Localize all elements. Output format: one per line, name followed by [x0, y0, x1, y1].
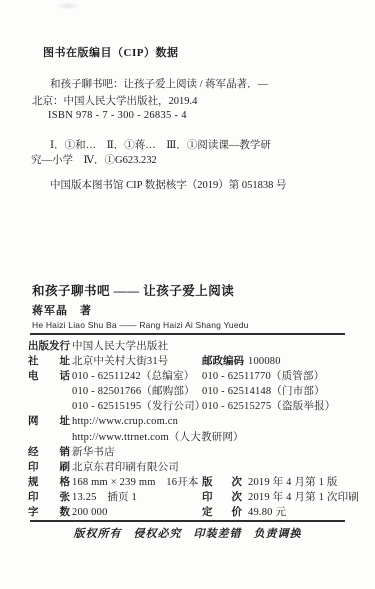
pub-label: 电话: [28, 369, 70, 384]
pub-value: 010 - 62515275（盗版举报）: [202, 401, 336, 412]
pub-row-wordcount: 字数200 000 定价49.80 元: [28, 505, 348, 520]
pub-value: 中国人民大学出版社: [72, 341, 168, 352]
pub-value: 200 000: [72, 507, 108, 518]
publication-info-table: 出版发行中国人民大学出版社 社址北京中关村大街31号 邮政编码100080 电话…: [28, 339, 348, 520]
divider-rule-bottom: [30, 520, 345, 522]
cip-record-number: 中国版本图书馆 CIP 数据核字（2019）第 051838 号: [50, 177, 286, 192]
pub-right-cell: 版次2019 年 4 月第 1 版: [202, 475, 338, 490]
pub-value: http://www.ttrnet.com（人大教研网）: [72, 432, 244, 443]
book-title-pinyin: He Haizi Liao Shu Ba —— Rang Haizi Ai Sh…: [32, 320, 249, 330]
pub-row-phone-2: 010 - 82501766（邮购部） 010 - 62514148（门市部）: [28, 384, 348, 399]
pub-value: http://www.crup.com.cn: [72, 416, 178, 427]
pub-value: 100080: [248, 356, 281, 367]
pub-value: 新华书店: [72, 447, 115, 458]
cip-entry-line2: 北京：中国人民大学出版社，2019.4: [32, 93, 197, 108]
pub-label: 字数: [28, 505, 70, 520]
pub-value: 010 - 62511242（总编室）: [72, 371, 194, 382]
cip-entry-line1: 和孩子聊书吧：让孩子爱上阅读 / 蒋军晶著．—: [50, 76, 268, 91]
pub-value: 2019 年 4 月第 1 版: [248, 477, 338, 488]
pub-label: 出版发行: [28, 339, 70, 354]
pub-label: 经销: [28, 445, 70, 460]
pub-value: 北京东君印刷有限公司: [72, 462, 179, 473]
pub-right-cell: 010 - 62515275（盗版举报）: [202, 399, 336, 414]
isbn-number: ISBN 978 - 7 - 300 - 26835 - 4: [48, 110, 187, 121]
pub-label: 网址: [28, 414, 70, 429]
pub-label: 规格: [28, 475, 70, 490]
pub-row-format: 规格168 mm × 239 mm 16开本 版次2019 年 4 月第 1 版: [28, 475, 348, 490]
pub-row-website-2: http://www.ttrnet.com（人大教研网）: [28, 430, 348, 445]
cip-classification-line1: Ⅰ．①和… Ⅱ．①蒋… Ⅲ．①阅读课—教学研: [50, 137, 271, 152]
pub-value: 010 - 62514148（门市部）: [202, 386, 325, 397]
pub-value: 010 - 82501766（邮购部）: [72, 386, 195, 397]
pub-row-sheets: 印张13.25 插页 1 印次2019 年 4 月第 1 次印刷: [28, 490, 348, 505]
pub-value: 168 mm × 239 mm 16开本: [72, 477, 199, 488]
book-author: 蒋军晶 著: [32, 302, 92, 318]
pub-value: 2019 年 4 月第 1 次印刷: [248, 492, 359, 503]
pub-right-cell: 邮政编码100080: [202, 354, 281, 369]
copyright-notice: 版权所有 侵权必究 印装差错 负责调换: [30, 525, 345, 541]
pub-right-cell: 010 - 62511770（质管部）: [202, 369, 324, 384]
pub-row-publisher: 出版发行中国人民大学出版社: [28, 339, 348, 354]
pub-label: 版次: [202, 475, 242, 490]
pub-row-phone-1: 电话010 - 62511242（总编室） 010 - 62511770（质管部…: [28, 369, 348, 384]
pub-value: 49.80 元: [248, 507, 286, 518]
pub-label: 印张: [28, 490, 70, 505]
book-title: 和孩子聊书吧 —— 让孩子爱上阅读: [32, 281, 234, 299]
pub-label: 邮政编码: [202, 354, 242, 369]
pub-value: 北京中关村大街31号: [72, 356, 169, 367]
cip-classification-line2: 究—小学 Ⅳ．①G623.232: [31, 152, 157, 167]
pub-row-website-1: 网址http://www.crup.com.cn: [28, 414, 348, 429]
pub-label: 印次: [202, 490, 242, 505]
pub-row-phone-3: 010 - 62515195（发行公司） 010 - 62515275（盗版举报…: [28, 399, 348, 414]
pub-right-cell: 010 - 62514148（门市部）: [202, 384, 325, 399]
pub-label: 定价: [202, 505, 242, 520]
pub-label: 印刷: [28, 460, 70, 475]
pub-value: 010 - 62511770（质管部）: [202, 371, 324, 382]
pub-row-distributor: 经销新华书店: [28, 445, 348, 460]
scan-smudge: [55, 2, 81, 10]
divider-rule-top: [30, 333, 345, 335]
pub-row-address: 社址北京中关村大街31号 邮政编码100080: [28, 354, 348, 369]
cip-heading: 图书在版编目（CIP）数据: [43, 44, 178, 60]
pub-value: 010 - 62515195（发行公司）: [72, 401, 206, 412]
pub-right-cell: 印次2019 年 4 月第 1 次印刷: [202, 490, 359, 505]
pub-right-cell: 定价49.80 元: [202, 505, 286, 520]
copyright-page: 图书在版编目（CIP）数据 和孩子聊书吧：让孩子爱上阅读 / 蒋军晶著．— 北京…: [0, 0, 375, 589]
pub-label: 社址: [28, 354, 70, 369]
pub-row-printer: 印刷北京东君印刷有限公司: [28, 460, 348, 475]
pub-value: 13.25 插页 1: [72, 492, 137, 503]
